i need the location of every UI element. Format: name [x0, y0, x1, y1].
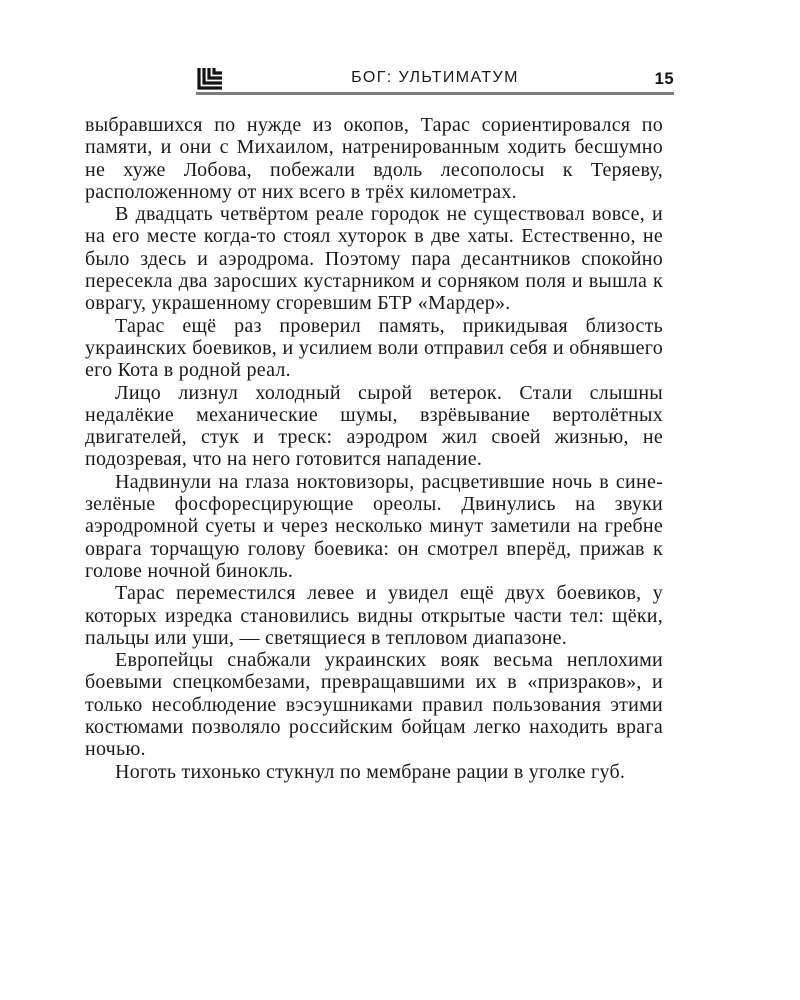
paragraph: В двадцать четвёртом реале городок не су…	[85, 203, 663, 314]
running-title: БОГ: УЛЬТИМАТУМ	[351, 69, 519, 87]
paragraph: Европейцы снабжали украинских вояк весьм…	[85, 649, 663, 760]
running-header: БОГ: УЛЬТИМАТУМ 15	[196, 62, 674, 95]
paragraph: Тарас переместился левее и увидел ещё дв…	[85, 582, 663, 649]
publisher-logo-icon	[196, 68, 222, 91]
paragraph: выбравшихся по нужде из окопов, Тарас со…	[85, 114, 663, 203]
book-page: БОГ: УЛЬТИМАТУМ 15 выбравшихся по нужде …	[0, 0, 800, 1000]
paragraph: Лицо лизнул холодный сырой ветерок. Стал…	[85, 382, 663, 471]
page-number: 15	[655, 70, 674, 89]
paragraph: Ноготь тихонько стукнул по мембране раци…	[85, 761, 663, 783]
body-text: выбравшихся по нужде из окопов, Тарас со…	[85, 114, 663, 783]
paragraph: Надвинули на глаза ноктовизоры, расцвети…	[85, 471, 663, 582]
paragraph: Тарас ещё раз проверил память, прикидыва…	[85, 315, 663, 382]
